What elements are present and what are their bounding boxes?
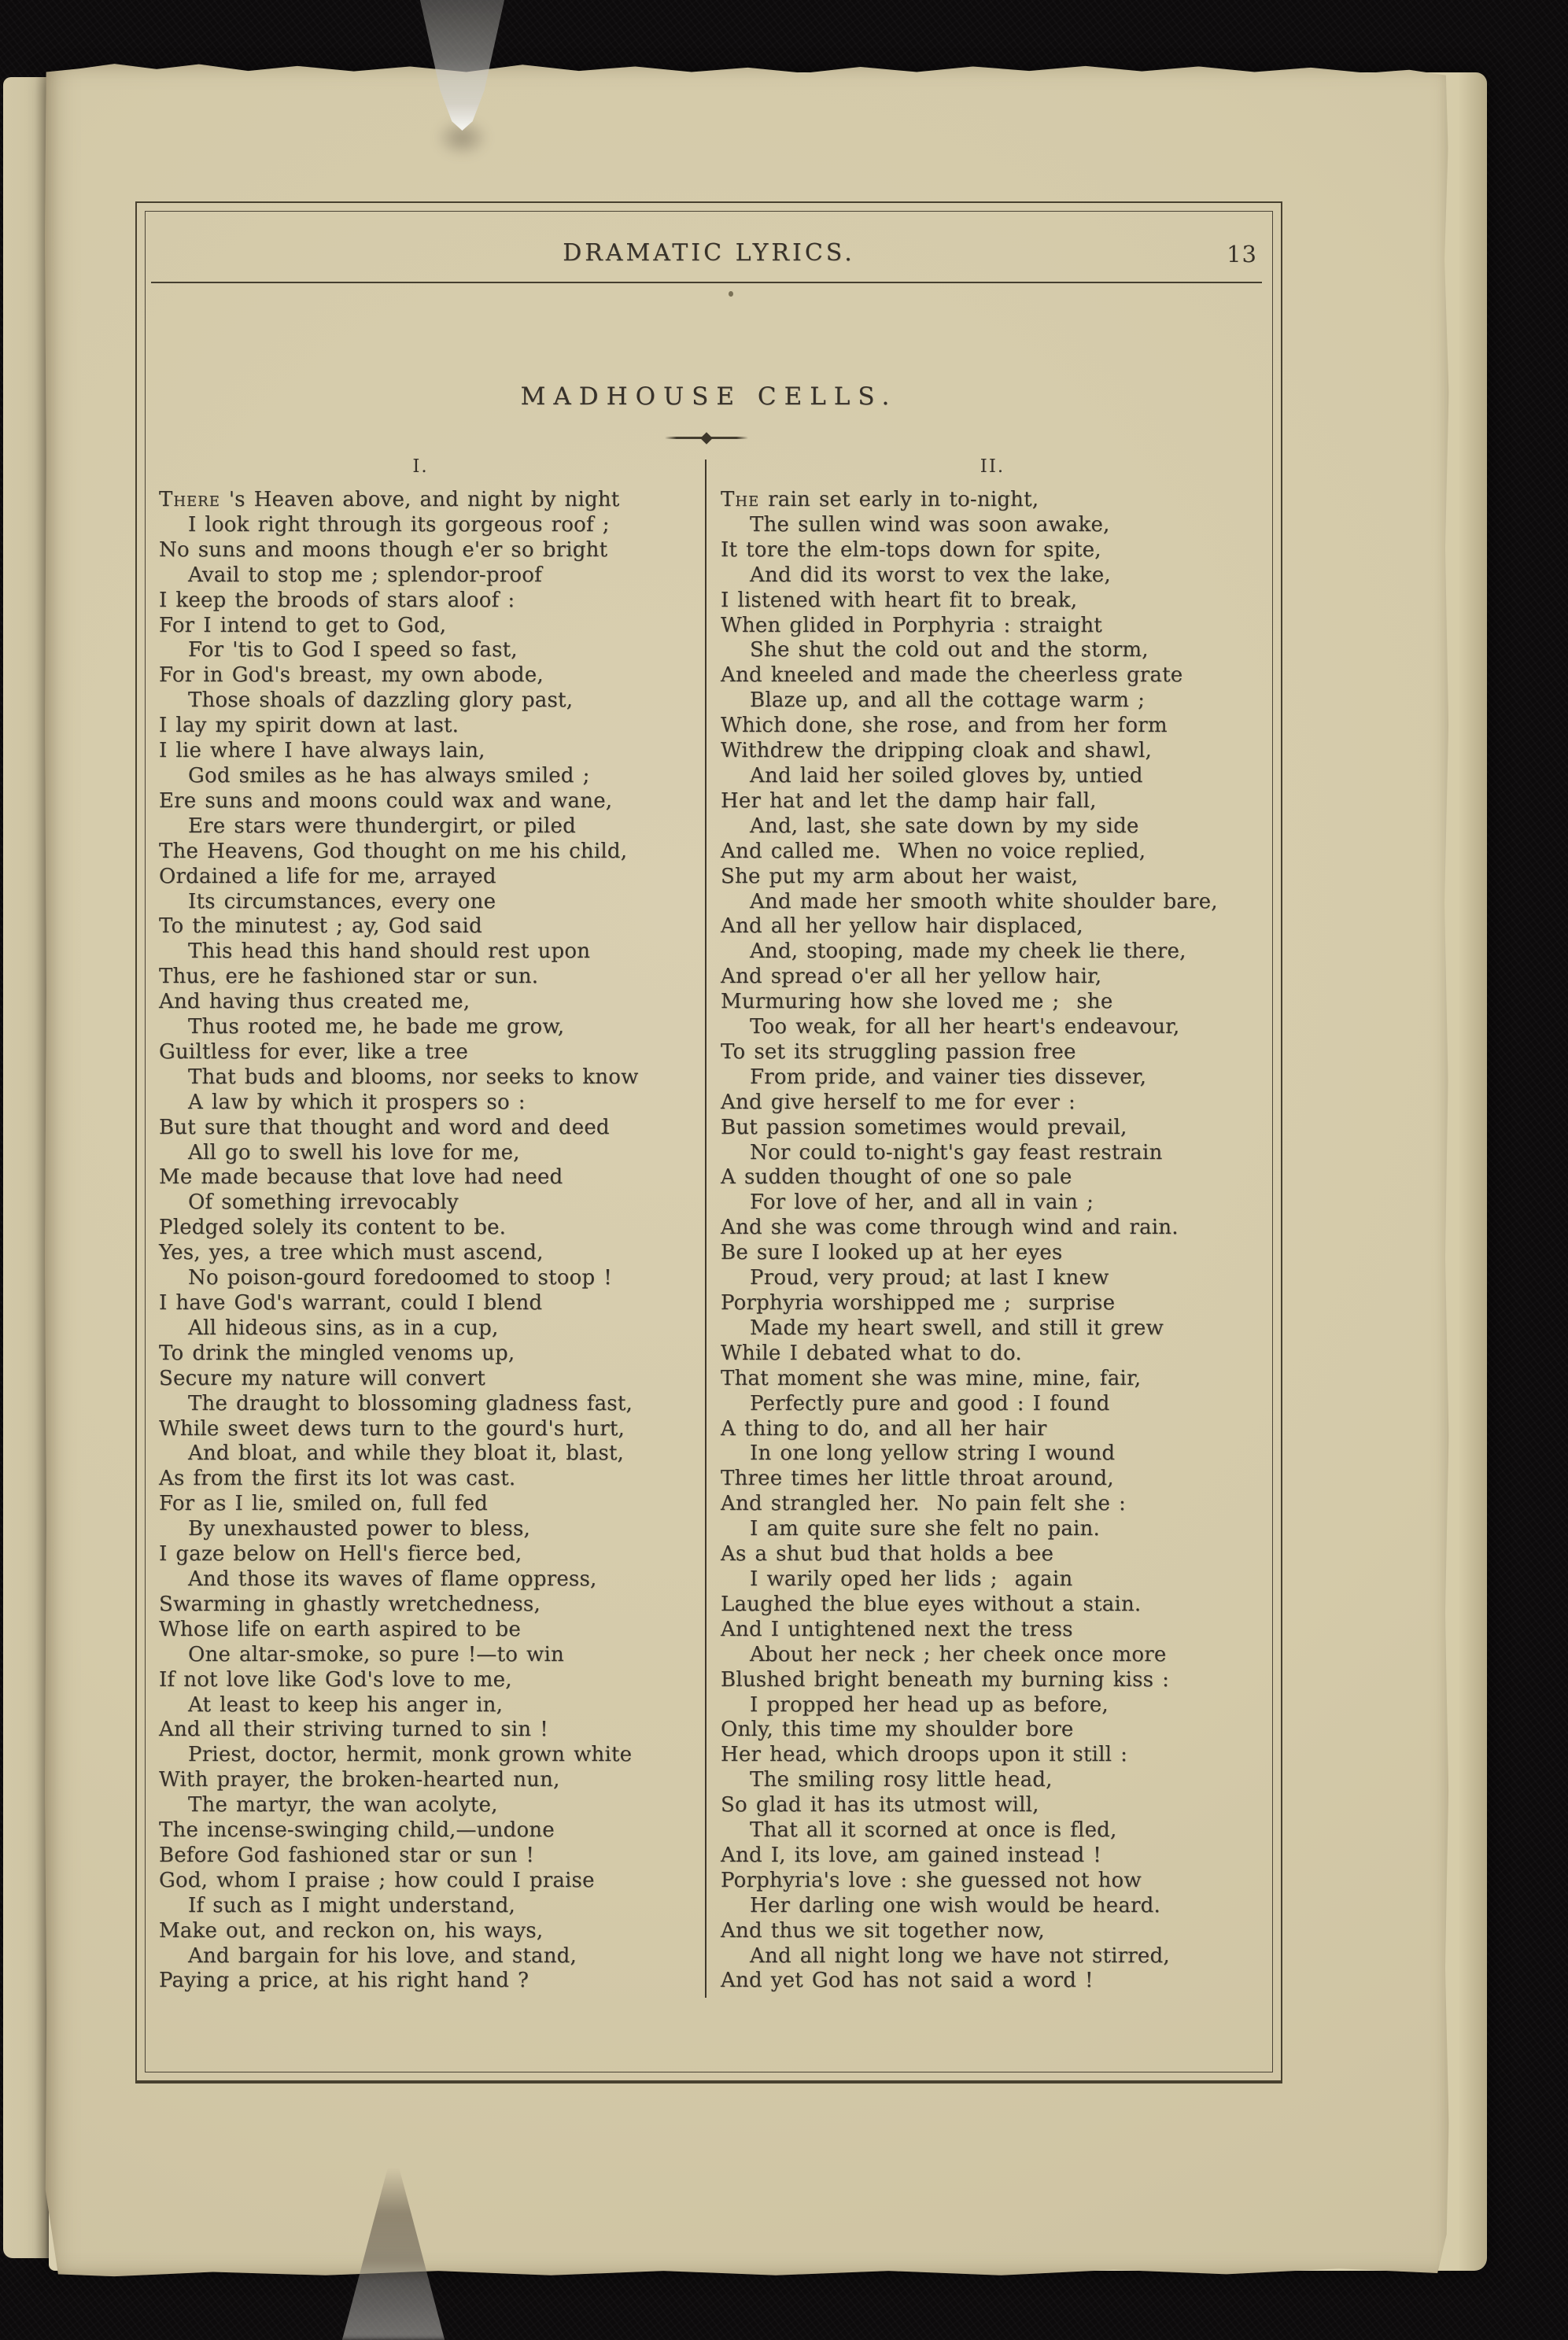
poem-column-2: II. The rain set early in to-night,The s…	[704, 456, 1281, 1994]
poem-line: And yet God has not said a word !	[721, 1969, 1281, 1994]
book-page: DRAMATIC LYRICS. 13 MADHOUSE CELLS. I. T…	[44, 60, 1452, 2279]
poem-columns: I. There 's Heaven above, and night by n…	[137, 456, 1281, 1994]
poem-line: Pledged solely its content to be.	[159, 1216, 704, 1241]
poem-line: I listened with heart fit to break,	[721, 589, 1281, 614]
poem-line: The incense-swinging child,—undone	[159, 1818, 704, 1844]
poem-line: Proud, very proud; at last I knew	[721, 1266, 1281, 1291]
poem-line: A thing to do, and all her hair	[721, 1417, 1281, 1442]
poem-line: And called me. When no voice replied,	[721, 840, 1281, 865]
poem-line: And bargain for his love, and stand,	[159, 1944, 704, 1969]
poem-line: And I, its love, am gained instead !	[721, 1844, 1281, 1869]
poem-line: Those shoals of dazzling glory past,	[159, 688, 704, 714]
poem-line: Guiltless for ever, like a tree	[159, 1040, 704, 1065]
poem-line: And strangled her. No pain felt she :	[721, 1492, 1281, 1517]
poem-line: Porphyria's love : she guessed not how	[721, 1869, 1281, 1894]
header-rule	[151, 282, 1262, 283]
poem-line: Three times her little throat around,	[721, 1467, 1281, 1492]
poem-line: That moment she was mine, mine, fair,	[721, 1367, 1281, 1392]
poem-line: Her hat and let the damp hair fall,	[721, 789, 1281, 814]
poem-line: And, stooping, made my cheek lie there,	[721, 939, 1281, 965]
poem-line: All hideous sins, as in a cup,	[159, 1316, 704, 1342]
poem-line: Before God fashioned star or sun !	[159, 1844, 704, 1869]
poem-line: Her head, which droops upon it still :	[721, 1743, 1281, 1768]
poem-line: About her neck ; her cheek once more	[721, 1643, 1281, 1668]
poem-line: But sure that thought and word and deed	[159, 1116, 704, 1141]
poem-line: Be sure I looked up at her eyes	[721, 1241, 1281, 1266]
poem-line: All go to swell his love for me,	[159, 1141, 704, 1166]
ink-spot	[729, 291, 733, 297]
poem-line: No suns and moons though e'er so bright	[159, 538, 704, 563]
poem-line: Ordained a life for me, arrayed	[159, 865, 704, 890]
poem-line: Make out, and reckon on, his ways,	[159, 1919, 704, 1944]
poem-line: For love of her, and all in vain ;	[721, 1190, 1281, 1216]
poem-line: Blaze up, and all the cottage warm ;	[721, 688, 1281, 714]
poem-line: To set its struggling passion free	[721, 1040, 1281, 1065]
poem-line: This head this hand should rest upon	[159, 939, 704, 965]
small-caps-lead: There	[159, 488, 220, 511]
poem-line: Too weak, for all her heart's endeavour,	[721, 1015, 1281, 1040]
poem-line: A sudden thought of one so pale	[721, 1165, 1281, 1190]
poem-line: Withdrew the dripping cloak and shawl,	[721, 739, 1281, 764]
poem-line: As from the first its lot was cast.	[159, 1467, 704, 1492]
poem-line: No poison-gourd foredoomed to stoop !	[159, 1266, 704, 1291]
poem-line: I lay my spirit down at last.	[159, 714, 704, 739]
poem-line: And those its waves of flame oppress,	[159, 1567, 704, 1593]
poem-line: Swarming in ghastly wretchedness,	[159, 1593, 704, 1618]
poem-line: That all it scorned at once is fled,	[721, 1818, 1281, 1844]
poem-line: And all her yellow hair displaced,	[721, 914, 1281, 939]
poem-line: And all their striving turned to sin !	[159, 1718, 704, 1743]
poem-line: But passion sometimes would prevail,	[721, 1116, 1281, 1141]
poem-line: It tore the elm-tops down for spite,	[721, 538, 1281, 563]
poem-line: Perfectly pure and good : I found	[721, 1392, 1281, 1417]
poem-line: Its circumstances, every one	[159, 890, 704, 915]
poem-line: Porphyria worshipped me ; surprise	[721, 1291, 1281, 1316]
poem-line: Whose life on earth aspired to be	[159, 1618, 704, 1643]
page-border-frame: DRAMATIC LYRICS. 13 MADHOUSE CELLS. I. T…	[135, 201, 1282, 2083]
poem-line: So glad it has its utmost will,	[721, 1793, 1281, 1818]
poem-line: Secure my nature will convert	[159, 1367, 704, 1392]
poem-numeral: I.	[159, 456, 704, 480]
poem-line: I gaze below on Hell's fierce bed,	[159, 1542, 704, 1567]
poem-line: From pride, and vainer ties dissever,	[721, 1065, 1281, 1091]
poem-line: For as I lie, smiled on, full fed	[159, 1492, 704, 1517]
poem-line: The sullen wind was soon awake,	[721, 513, 1281, 538]
poem-line: With prayer, the broken-hearted nun,	[159, 1768, 704, 1793]
poem-line: I warily oped her lids ; again	[721, 1567, 1281, 1593]
poem-line: Which done, she rose, and from her form	[721, 714, 1281, 739]
poem-lines: There 's Heaven above, and night by nigh…	[159, 488, 704, 1994]
poem-line: And spread o'er all her yellow hair,	[721, 965, 1281, 990]
poem-line: Paying a price, at his right hand ?	[159, 1969, 704, 1994]
poem-line: Her darling one wish would be heard.	[721, 1894, 1281, 1919]
section-title: MADHOUSE CELLS.	[137, 382, 1281, 411]
poem-line: I keep the broods of stars aloof :	[159, 589, 704, 614]
poem-line: Blushed bright beneath my burning kiss :	[721, 1668, 1281, 1693]
poem-line: Ere stars were thundergirt, or piled	[159, 814, 704, 840]
poem-line: While I debated what to do.	[721, 1342, 1281, 1367]
poem-line: I propped her head up as before,	[721, 1693, 1281, 1718]
poem-line: The martyr, the wan acolyte,	[159, 1793, 704, 1818]
poem-line: I am quite sure she felt no pain.	[721, 1517, 1281, 1542]
poem-line: And give herself to me for ever :	[721, 1091, 1281, 1116]
poem-line: And she was come through wind and rain.	[721, 1216, 1281, 1241]
poem-line: Thus rooted me, he bade me grow,	[159, 1015, 704, 1040]
poem-line: Thus, ere he fashioned star or sun.	[159, 965, 704, 990]
poem-line: And all night long we have not stirred,	[721, 1944, 1281, 1969]
poem-line: Laughed the blue eyes without a stain.	[721, 1593, 1281, 1618]
poem-line: There 's Heaven above, and night by nigh…	[159, 488, 704, 513]
poem-line: And did its worst to vex the lake,	[721, 563, 1281, 589]
poem-line: In one long yellow string I wound	[721, 1441, 1281, 1467]
poem-line: While sweet dews turn to the gourd's hur…	[159, 1417, 704, 1442]
diamond-rule	[665, 437, 748, 439]
poem-line: And kneeled and made the cheerless grate	[721, 663, 1281, 688]
page-number: 13	[1227, 241, 1257, 268]
poem-line: Made my heart swell, and still it grew	[721, 1316, 1281, 1342]
running-header: DRAMATIC LYRICS.	[137, 239, 1281, 267]
small-caps-lead: The	[721, 488, 759, 511]
poem-line: As a shut bud that holds a bee	[721, 1542, 1281, 1567]
poem-line: And laid her soiled gloves by, untied	[721, 764, 1281, 789]
poem-line: By unexhausted power to bless,	[159, 1517, 704, 1542]
poem-line: To drink the mingled venoms up,	[159, 1342, 704, 1367]
poem-line: God, whom I praise ; how could I praise	[159, 1869, 704, 1894]
poem-line: And having thus created me,	[159, 990, 704, 1015]
poem-line: For I intend to get to God,	[159, 614, 704, 639]
poem-line: She put my arm about her waist,	[721, 865, 1281, 890]
poem-line: And I untightened next the tress	[721, 1618, 1281, 1643]
poem-line: Priest, doctor, hermit, monk grown white	[159, 1743, 704, 1768]
poem-line: For in God's breast, my own abode,	[159, 663, 704, 688]
poem-column-1: I. There 's Heaven above, and night by n…	[137, 456, 704, 1994]
poem-line: Avail to stop me ; splendor-proof	[159, 563, 704, 589]
poem-line: And bloat, and while they bloat it, blas…	[159, 1441, 704, 1467]
poem-line: And thus we sit together now,	[721, 1919, 1281, 1944]
poem-line: God smiles as he has always smiled ;	[159, 764, 704, 789]
poem-line: Yes, yes, a tree which must ascend,	[159, 1241, 704, 1266]
poem-line: And, last, she sate down by my side	[721, 814, 1281, 840]
poem-line: One altar-smoke, so pure !—to win	[159, 1643, 704, 1668]
poem-line: Of something irrevocably	[159, 1190, 704, 1216]
poem-line: She shut the cold out and the storm,	[721, 638, 1281, 663]
poem-line: Nor could to-night's gay feast restrain	[721, 1141, 1281, 1166]
poem-line: A law by which it prospers so :	[159, 1091, 704, 1116]
poem-line: At least to keep his anger in,	[159, 1693, 704, 1718]
poem-line: Ere suns and moons could wax and wane,	[159, 789, 704, 814]
poem-line: The rain set early in to-night,	[721, 488, 1281, 513]
poem-line: The draught to blossoming gladness fast,	[159, 1392, 704, 1417]
poem-line: I have God's warrant, could I blend	[159, 1291, 704, 1316]
poem-line: If not love like God's love to me,	[159, 1668, 704, 1693]
poem-line: I look right through its gorgeous roof ;	[159, 513, 704, 538]
poem-line: If such as I might understand,	[159, 1894, 704, 1919]
poem-line: Me made because that love had need	[159, 1165, 704, 1190]
poem-numeral: II.	[721, 456, 1281, 480]
poem-lines: The rain set early in to-night,The sulle…	[721, 488, 1281, 1994]
poem-line: The smiling rosy little head,	[721, 1768, 1281, 1793]
poem-line: For 'tis to God I speed so fast,	[159, 638, 704, 663]
poem-line: Murmuring how she loved me ; she	[721, 990, 1281, 1015]
poem-line: When glided in Porphyria : straight	[721, 614, 1281, 639]
poem-line: I lie where I have always lain,	[159, 739, 704, 764]
poem-line: Only, this time my shoulder bore	[721, 1718, 1281, 1743]
poem-line: And made her smooth white shoulder bare,	[721, 890, 1281, 915]
poem-line: The Heavens, God thought on me his child…	[159, 840, 704, 865]
poem-line: To the minutest ; ay, God said	[159, 914, 704, 939]
facing-page-edge	[3, 77, 49, 2258]
poem-line: That buds and blooms, nor seeks to know	[159, 1065, 704, 1091]
